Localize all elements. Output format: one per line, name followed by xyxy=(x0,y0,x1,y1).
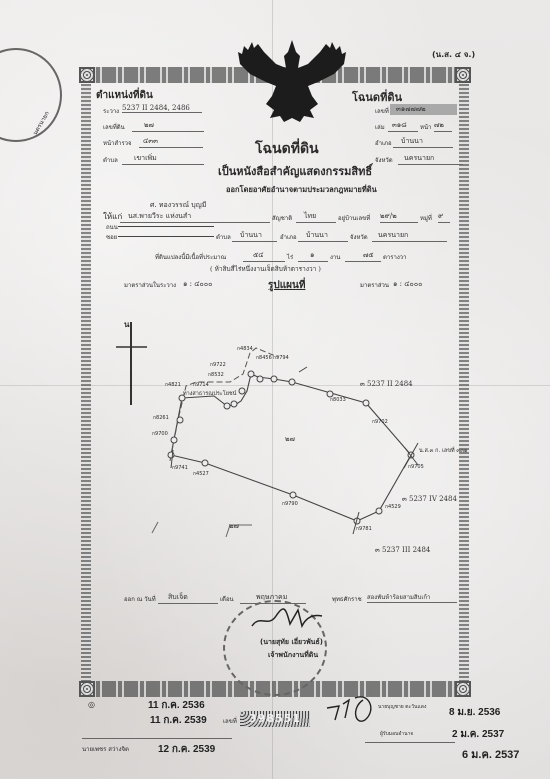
serial-label: เลขที่ xyxy=(223,716,237,726)
beacon-label: ก8532 xyxy=(208,371,224,379)
left-date-stamp-3: 12 ก.ค. 2539 xyxy=(158,742,215,757)
beacon-label: ก4527 xyxy=(193,470,209,478)
year-label: พุทธศักราช xyxy=(332,594,362,604)
east-neighbor-note: น.ส.๓ ก. เลขที่ ๓๓๑ xyxy=(419,447,467,455)
month-label: เดือน xyxy=(220,594,234,604)
beacon-label: ก9794 xyxy=(273,354,289,362)
beacon-label: ก9790 xyxy=(282,500,298,508)
beacon-label: ก8261 xyxy=(153,414,169,422)
sheet-ref-east: ๓ 5237 IV 2484 xyxy=(402,494,457,505)
beacon-label: ก4834 xyxy=(237,345,253,353)
issued-on-label: ออก ณ วันที่ xyxy=(124,594,156,604)
sheet-ref-south: ๓ 5237 III 2484 xyxy=(375,545,430,556)
divider xyxy=(82,738,232,739)
road-label: ทางสาธารณประโยชน์ xyxy=(183,390,236,398)
beacon-label: ก9722 xyxy=(210,361,226,369)
issue-year: สองพันห้าร้อยสามสิบเก้า xyxy=(367,592,457,603)
left-date-stamp-2: 11 ก.ค. 2539 xyxy=(150,713,207,728)
beacon-label: ก9781 xyxy=(356,525,372,533)
issue-day: สิบเจ็ด xyxy=(158,592,218,604)
sheet-ref-north: ๓ 5237 II 2484 xyxy=(360,379,413,390)
beacon-label: ก9714 xyxy=(193,381,209,389)
north-label: น xyxy=(124,318,129,331)
right-date-stamp-3: 6 ม.ค. 2537 xyxy=(462,745,519,763)
beacon-label: ก9700 xyxy=(152,430,168,438)
right-date-stamp-2: 2 ม.ค. 2537 xyxy=(452,727,504,742)
right-signature xyxy=(325,690,385,730)
beacon-label: ก4529 xyxy=(385,503,401,511)
officer-signature xyxy=(250,604,325,634)
serial-number: 398551 xyxy=(240,711,310,727)
divider xyxy=(365,742,455,743)
officer-title: เจ้าพนักงานที่ดิน xyxy=(268,650,318,661)
neighbor-parcel-label: ๒๗ xyxy=(229,521,239,532)
beacon-label: ก9741 xyxy=(172,464,188,472)
right-official-name: นายบุญชาย ตะวันแดง xyxy=(378,703,426,711)
left-official-name: นายเพชร สว่างจิต xyxy=(82,744,129,754)
officer-name: (นายสุทัย เอี่ยวพันธ์) xyxy=(260,637,323,648)
endorsement-mark: ◎ xyxy=(88,700,95,709)
right-official-role: ผู้รับมอบอำนาจ xyxy=(380,730,413,738)
right-date-stamp-1: 8 ม.ย. 2536 xyxy=(449,705,500,720)
beacon-label: ก8033 xyxy=(330,396,346,404)
beacon-label: ก8456 xyxy=(256,354,272,362)
left-date-stamp-1: 11 ก.ค. 2536 xyxy=(148,698,205,713)
beacon-label: ก9705 xyxy=(408,463,424,471)
parcel-label: ๒๗ xyxy=(285,434,295,445)
beacon-label: ก4821 xyxy=(165,381,181,389)
beacon-label: ก9702 xyxy=(372,418,388,426)
